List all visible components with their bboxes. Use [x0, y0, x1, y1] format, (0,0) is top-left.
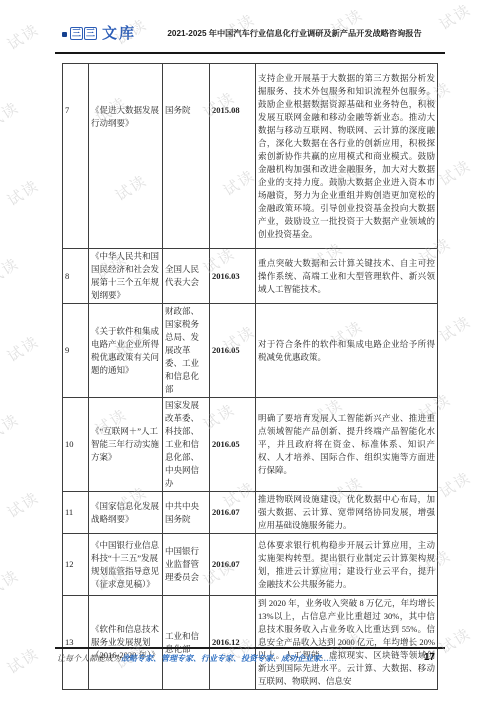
cell-policy-name: 《中华人民共和国国民经济和社会发展第十三个五年规划纲要》 [89, 249, 163, 304]
logo-dot-icon [62, 32, 67, 37]
watermark-text: 试读 [0, 408, 23, 444]
policy-table: 7 《促进大数据发展行动纲要》 国务院 2015.08 支持企业开展基于大数据的… [62, 63, 438, 690]
cell-policy-name: 《“互联网＋”人工智能三年行动实施方案》 [89, 398, 163, 492]
table-row: 9 《关于软件和集成电路产业企业所得税优惠政策有关问题的通知》 财政部、国家税务… [63, 304, 438, 398]
cell-policy-content: 总体要求银行机构稳步开展云计算应用，主动实施架构转型。提出银行业制定云计算架构规… [256, 534, 438, 596]
cell-issuing-agency: 全国人民代表大会 [163, 249, 210, 304]
cell-issue-date: 2016.12 [210, 596, 256, 690]
cell-policy-content: 到 2020 年，业务收入突破 8 万亿元，年均增长 13%以上，占信息产业比重… [256, 596, 438, 690]
cell-issuing-agency: 国务院 [163, 64, 210, 249]
logo-glyph-icon: 三 [70, 27, 83, 40]
cell-issue-date: 2016.05 [210, 304, 256, 398]
cell-policy-content: 推进物联网设施建设，优化数据中心布局，加强大数据、云计算、宽带网络协同发展，增强… [256, 492, 438, 534]
watermark-text: 试读 [3, 18, 43, 54]
cell-policy-content: 对于符合条件的软件和集成电路企业给予所得税减免优惠政策。 [256, 304, 438, 398]
cell-issue-date: 2015.08 [210, 64, 256, 249]
watermark-text: 试读 [0, 564, 23, 600]
watermark-text: 试读 [435, 154, 475, 190]
watermark-text: 试读 [0, 96, 23, 132]
logo-glyph-icon: 三 [84, 27, 97, 40]
cell-issuing-agency: 中国银行业监督管理委员会 [163, 534, 210, 596]
cell-row-number: 12 [63, 534, 89, 596]
table-row: 13 《软件和信息技术服务业发展规划（2016-2020 年）》 工业和信息化部… [63, 596, 438, 690]
cell-issue-date: 2016.07 [210, 534, 256, 596]
cell-row-number: 13 [63, 596, 89, 690]
cell-row-number: 7 [63, 64, 89, 249]
cell-policy-name: 《关于软件和集成电路产业企业所得税优惠政策有关问题的通知》 [89, 304, 163, 398]
cell-issuing-agency: 中共中央国务院 [163, 492, 210, 534]
table-row: 12 《中国银行业信息科技“十三五”发展规划监管指导意见（征求意见稿）》 中国银… [63, 534, 438, 596]
cell-policy-name: 《软件和信息技术服务业发展规划（2016-2020 年）》 [89, 596, 163, 690]
cell-issuing-agency: 国家发展改革委、科技部、工业和信息化部、中央网信办 [163, 398, 210, 492]
page-number: 17 [424, 653, 435, 663]
cell-row-number: 11 [63, 492, 89, 534]
footer-slogan: 让每个人都能成为战略专家、管理专家、行业专家、投资专家、成功企业家…… [57, 653, 337, 665]
document-page: 试读试读试读试读试读试读试读试读试读试读试读试读试读试读试读试读试读试读试读试读… [0, 0, 499, 706]
watermark-text: 试读 [3, 330, 43, 366]
cell-issue-date: 2016.03 [210, 249, 256, 304]
header-divider [55, 52, 445, 54]
cell-issue-date: 2016.07 [210, 492, 256, 534]
cell-policy-name: 《中国银行业信息科技“十三五”发展规划监管指导意见（征求意见稿）》 [89, 534, 163, 596]
page-footer: 让每个人都能成为战略专家、管理专家、行业专家、投资专家、成功企业家…… 17 [57, 653, 445, 665]
report-title: 2021-2025 年中国汽车行业信息化行业调研及新产品开发战略咨询报告 [136, 29, 445, 41]
cell-row-number: 8 [63, 249, 89, 304]
watermark-text: 试读 [435, 466, 475, 502]
watermark-text: 试读 [3, 642, 43, 678]
cell-issue-date: 2016.05 [210, 398, 256, 492]
cell-issuing-agency: 财政部、国家税务总局、发展改革委、工业和信息化部 [163, 304, 210, 398]
cell-policy-content: 重点突破大数据和云计算关键技术、自主可控操作系统、高端工业和大型管理软件、新兴领… [256, 249, 438, 304]
cell-row-number: 9 [63, 304, 89, 398]
table-row: 7 《促进大数据发展行动纲要》 国务院 2015.08 支持企业开展基于大数据的… [63, 64, 438, 249]
watermark-text: 试读 [435, 310, 475, 346]
cell-policy-content: 支持企业开展基于大数据的第三方数据分析发掘服务、技术外包服务和知识流程外包服务。… [256, 64, 438, 249]
watermark-text: 试读 [3, 486, 43, 522]
watermark-text: 试读 [3, 174, 43, 210]
cell-policy-name: 《国家信息化发展战略纲要》 [89, 492, 163, 534]
logo-text: 文库 [102, 26, 136, 41]
cell-policy-name: 《促进大数据发展行动纲要》 [89, 64, 163, 249]
cell-row-number: 10 [63, 398, 89, 492]
table-row: 11 《国家信息化发展战略纲要》 中共中央国务院 2016.07 推进物联网设施… [63, 492, 438, 534]
brand-logo: 三 三 文库 [62, 26, 136, 41]
footer-slogan-highlight: 战略专家、管理专家、行业专家、投资专家、成功企业家…… [121, 654, 337, 663]
watermark-text: 试读 [0, 252, 23, 288]
footer-slogan-prefix: 让每个人都能成为 [57, 654, 121, 663]
cell-policy-content: 明确了要培育发展人工智能新兴产业、推进重点领域智能产品创新、提升终端产品智能化水… [256, 398, 438, 492]
page-header: 三 三 文库 2021-2025 年中国汽车行业信息化行业调研及新产品开发战略咨… [62, 26, 445, 41]
table-row: 10 《“互联网＋”人工智能三年行动实施方案》 国家发展改革委、科技部、工业和信… [63, 398, 438, 492]
cell-issuing-agency: 工业和信息化部 [163, 596, 210, 690]
table-row: 8 《中华人民共和国国民经济和社会发展第十三个五年规划纲要》 全国人民代表大会 … [63, 249, 438, 304]
footer-divider [55, 647, 445, 649]
